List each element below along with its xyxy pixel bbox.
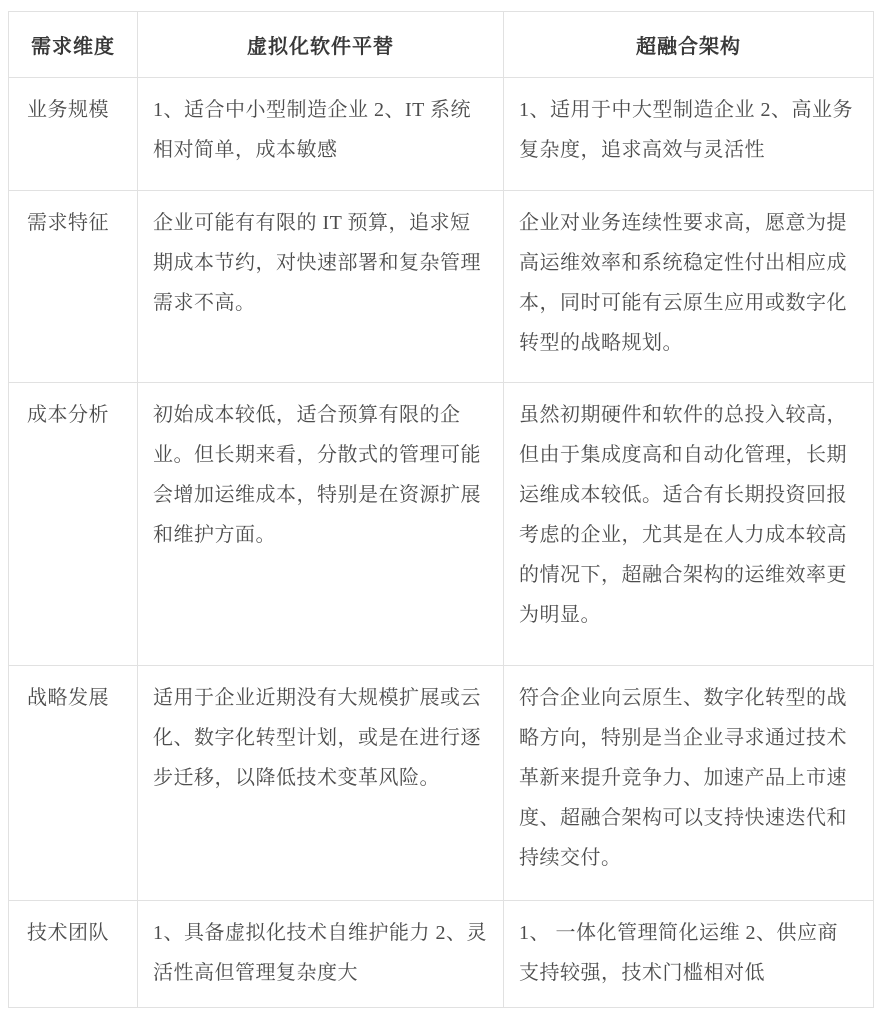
table-cell: 1、适用于中大型制造企业 2、高业务复杂度，追求高效与灵活性 (504, 78, 874, 191)
table-row: 战略发展 适用于企业近期没有大规模扩展或云化、数字化转型计划，或是在进行逐步迁移… (9, 666, 874, 901)
table-cell: 企业可能有有限的 IT 预算，追求短期成本节约，对快速部署和复杂管理需求不高。 (138, 191, 504, 383)
table-row: 业务规模 1、适合中小型制造企业 2、IT 系统相对简单，成本敏感 1、适用于中… (9, 78, 874, 191)
table-cell: 企业对业务连续性要求高，愿意为提高运维效率和系统稳定性付出相应成本，同时可能有云… (504, 191, 874, 383)
row-label: 需求特征 (9, 191, 138, 383)
column-header-dimension: 需求维度 (9, 12, 138, 78)
header-row: 需求维度 虚拟化软件平替 超融合架构 (9, 12, 874, 78)
page: 需求维度 虚拟化软件平替 超融合架构 业务规模 1、适合中小型制造企业 2、IT… (0, 0, 880, 1017)
table-row: 成本分析 初始成本较低，适合预算有限的企业。但长期来看，分散式的管理可能会增加运… (9, 383, 874, 666)
table-row: 需求特征 企业可能有有限的 IT 预算，追求短期成本节约，对快速部署和复杂管理需… (9, 191, 874, 383)
column-header-hyperconverged: 超融合架构 (504, 12, 874, 78)
column-header-virtualization: 虚拟化软件平替 (138, 12, 504, 78)
table-cell: 适用于企业近期没有大规模扩展或云化、数字化转型计划，或是在进行逐步迁移，以降低技… (138, 666, 504, 901)
row-label: 战略发展 (9, 666, 138, 901)
table-cell: 初始成本较低，适合预算有限的企业。但长期来看，分散式的管理可能会增加运维成本，特… (138, 383, 504, 666)
table-cell: 虽然初期硬件和软件的总投入较高，但由于集成度高和自动化管理，长期运维成本较低。适… (504, 383, 874, 666)
comparison-table: 需求维度 虚拟化软件平替 超融合架构 业务规模 1、适合中小型制造企业 2、IT… (8, 11, 874, 1008)
row-label: 成本分析 (9, 383, 138, 666)
table-row: 技术团队 1、具备虚拟化技术自维护能力 2、灵活性高但管理复杂度大 1、 一体化… (9, 901, 874, 1008)
row-label: 业务规模 (9, 78, 138, 191)
table-cell: 符合企业向云原生、数字化转型的战略方向，特别是当企业寻求通过技术革新来提升竞争力… (504, 666, 874, 901)
table-cell: 1、适合中小型制造企业 2、IT 系统相对简单，成本敏感 (138, 78, 504, 191)
row-label: 技术团队 (9, 901, 138, 1008)
table-cell: 1、具备虚拟化技术自维护能力 2、灵活性高但管理复杂度大 (138, 901, 504, 1008)
table-cell: 1、 一体化管理简化运维 2、供应商支持较强，技术门槛相对低 (504, 901, 874, 1008)
